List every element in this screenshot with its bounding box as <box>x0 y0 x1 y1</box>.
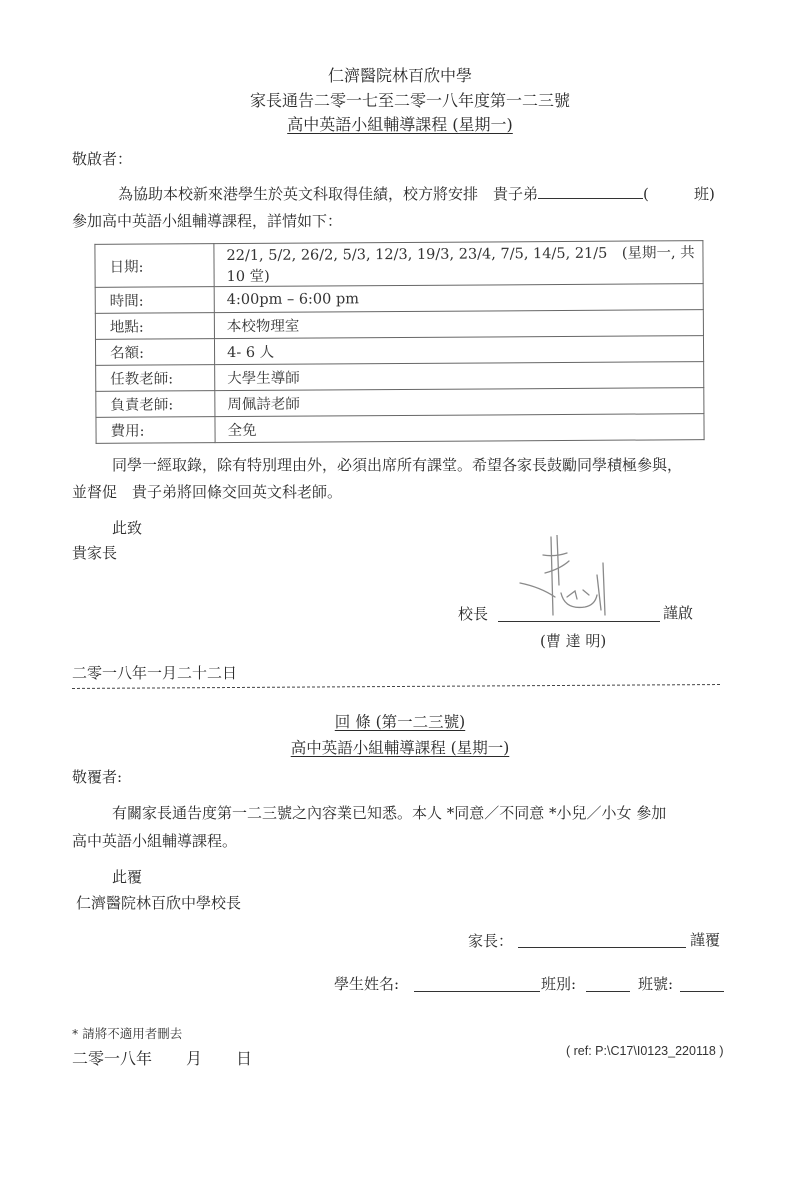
reference-code: ( ref: P:\C17\I0123_220118 ) <box>566 1044 724 1058</box>
paren-open: ( <box>643 185 649 203</box>
reply-title: 回 條 (第一二三號) <box>0 710 800 732</box>
paragraph-2-line-2: 並督促 貴子弟將回條交回英文科老師。 <box>72 481 342 502</box>
school-name: 仁濟醫院林百欣中學 <box>0 63 800 86</box>
detail-label: 負責老師: <box>96 391 215 418</box>
detail-value: 22/1, 5/2, 26/2, 5/3, 12/3, 19/3, 23/4, … <box>214 241 703 287</box>
table-row: 時間:4:00pm – 6:00 pm <box>95 284 703 314</box>
notice-number: 家長通告二零一七至二零一八年度第一二三號 <box>10 88 800 111</box>
detail-value: 4- 6 人 <box>214 336 703 365</box>
table-row: 地點:本校物理室 <box>95 310 703 340</box>
detail-value: 4:00pm – 6:00 pm <box>214 284 703 313</box>
footnote: * 請將不適用者刪去 <box>72 1024 182 1042</box>
class-number-label: 班號: <box>638 973 673 994</box>
reply-subtitle: 高中英語小組輔導課程 (星期一) <box>0 736 800 758</box>
class-field[interactable] <box>586 990 630 992</box>
reply-date-day: 日 <box>236 1046 252 1069</box>
paragraph-1-line-1: 為協助本校新來港學生於英文科取得佳績，校方將安排 貴子弟(班) <box>118 183 649 204</box>
paragraph-1-line-2: 參加高中英語小組輔導課程，詳情如下： <box>72 210 342 231</box>
principal-name: (曹 達 明) <box>540 630 606 651</box>
table-row: 費用:全免 <box>96 414 704 444</box>
letter-date: 二零一八年一月二十二日 <box>72 662 237 683</box>
principal-signature <box>505 535 615 620</box>
detail-label: 日期: <box>95 244 214 288</box>
class-suffix: 班) <box>694 183 715 204</box>
reply-salutation: 敬覆者: <box>72 766 122 787</box>
principal-label: 校長 <box>458 603 488 624</box>
paragraph-1-text: 為協助本校新來港學生於英文科取得佳績，校方將安排 貴子弟 <box>118 185 538 203</box>
table-row: 日期:22/1, 5/2, 26/2, 5/3, 12/3, 19/3, 23/… <box>95 241 703 288</box>
detail-label: 地點: <box>95 313 214 340</box>
detail-value: 大學生導師 <box>215 362 704 391</box>
tear-off-dashed-line <box>72 684 720 689</box>
principal-signature-line <box>498 620 660 622</box>
parent-label: 家長： <box>468 930 513 951</box>
paragraph-2-line-1: 同學一經取錄，除有特別理由外，必須出席所有課堂。希望各家長鼓勵同學積極參與， <box>112 454 682 475</box>
reply-closing-1: 此覆 <box>112 866 142 887</box>
parent-suffix: 謹覆 <box>690 929 720 950</box>
detail-value: 本校物理室 <box>214 310 703 339</box>
class-number-field[interactable] <box>680 990 724 992</box>
table-row: 名額:4- 6 人 <box>95 336 703 366</box>
detail-value: 全免 <box>215 414 704 443</box>
reply-closing-2: 仁濟醫院林百欣中學校長 <box>76 892 241 913</box>
detail-label: 名額: <box>95 339 214 366</box>
closing-1: 此致 <box>112 517 142 538</box>
principal-suffix: 謹啟 <box>663 602 693 623</box>
parent-signature-field[interactable] <box>518 946 686 948</box>
reply-paragraph-line-1: 有關家長通告度第一二三號之內容業已知悉。本人 *同意／不同意 *小兒／小女 參加 <box>112 802 666 823</box>
notice-title: 高中英語小組輔導課程 (星期一) <box>0 112 800 135</box>
reply-date-year: 二零一八年 <box>72 1046 152 1069</box>
detail-label: 時間: <box>95 287 214 314</box>
salutation: 敬啟者： <box>72 148 132 169</box>
student-name-field[interactable] <box>414 990 540 992</box>
reply-paragraph-line-2: 高中英語小組輔導課程。 <box>72 830 237 851</box>
reply-date-month: 月 <box>186 1046 202 1069</box>
closing-2: 貴家長 <box>72 542 117 563</box>
table-row: 任教老師:大學生導師 <box>96 362 704 392</box>
detail-label: 費用: <box>96 417 215 444</box>
detail-label: 任教老師: <box>96 365 215 392</box>
table-row: 負責老師:周佩詩老師 <box>96 388 704 418</box>
class-label: 班別: <box>541 973 576 994</box>
course-details-table: 日期:22/1, 5/2, 26/2, 5/3, 12/3, 19/3, 23/… <box>94 240 704 444</box>
student-name-blank[interactable] <box>538 197 643 199</box>
student-name-label: 學生姓名: <box>334 973 399 994</box>
detail-value: 周佩詩老師 <box>215 388 704 417</box>
